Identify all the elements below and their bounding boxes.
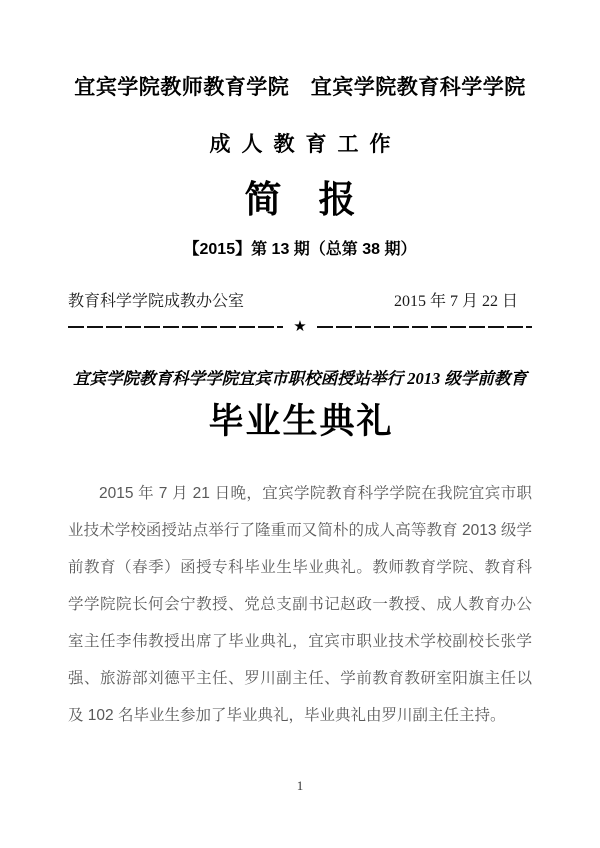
article-body-paragraph: 2015 年 7 月 21 日晚，宜宾学院教育科学学院在我院宜宾市职业技术学校函…: [68, 475, 532, 734]
article-subtitle: 宜宾学院教育科学学院宜宾市职校函授站举行 2013 级学前教育: [68, 368, 532, 390]
meta-row: 教育科学学院成教办公室 2015 年 7 月 22 日: [68, 292, 532, 312]
organization-title: 宜宾学院教师教育学院 宜宾学院教育科学学院: [68, 0, 532, 103]
star-divider: ★: [68, 320, 532, 334]
issuing-office: 教育科学学院成教办公室: [68, 292, 244, 312]
issue-number: 【2015】第 13 期（总第 38 期）: [68, 240, 532, 260]
article-title: 毕业生典礼: [68, 399, 532, 445]
bulletin-page: 宜宾学院教师教育学院 宜宾学院教育科学学院 成人教育工作 简 报 【2015】第…: [0, 0, 600, 848]
page-number: 1: [0, 778, 600, 794]
masthead-title: 简 报: [68, 178, 532, 222]
star-icon: ★: [283, 320, 316, 334]
bulletin-category-title: 成人教育工作: [68, 132, 532, 158]
issue-date: 2015 年 7 月 22 日: [394, 292, 532, 312]
divider-dashes-left: [68, 326, 283, 328]
divider-dashes-right: [317, 326, 532, 328]
